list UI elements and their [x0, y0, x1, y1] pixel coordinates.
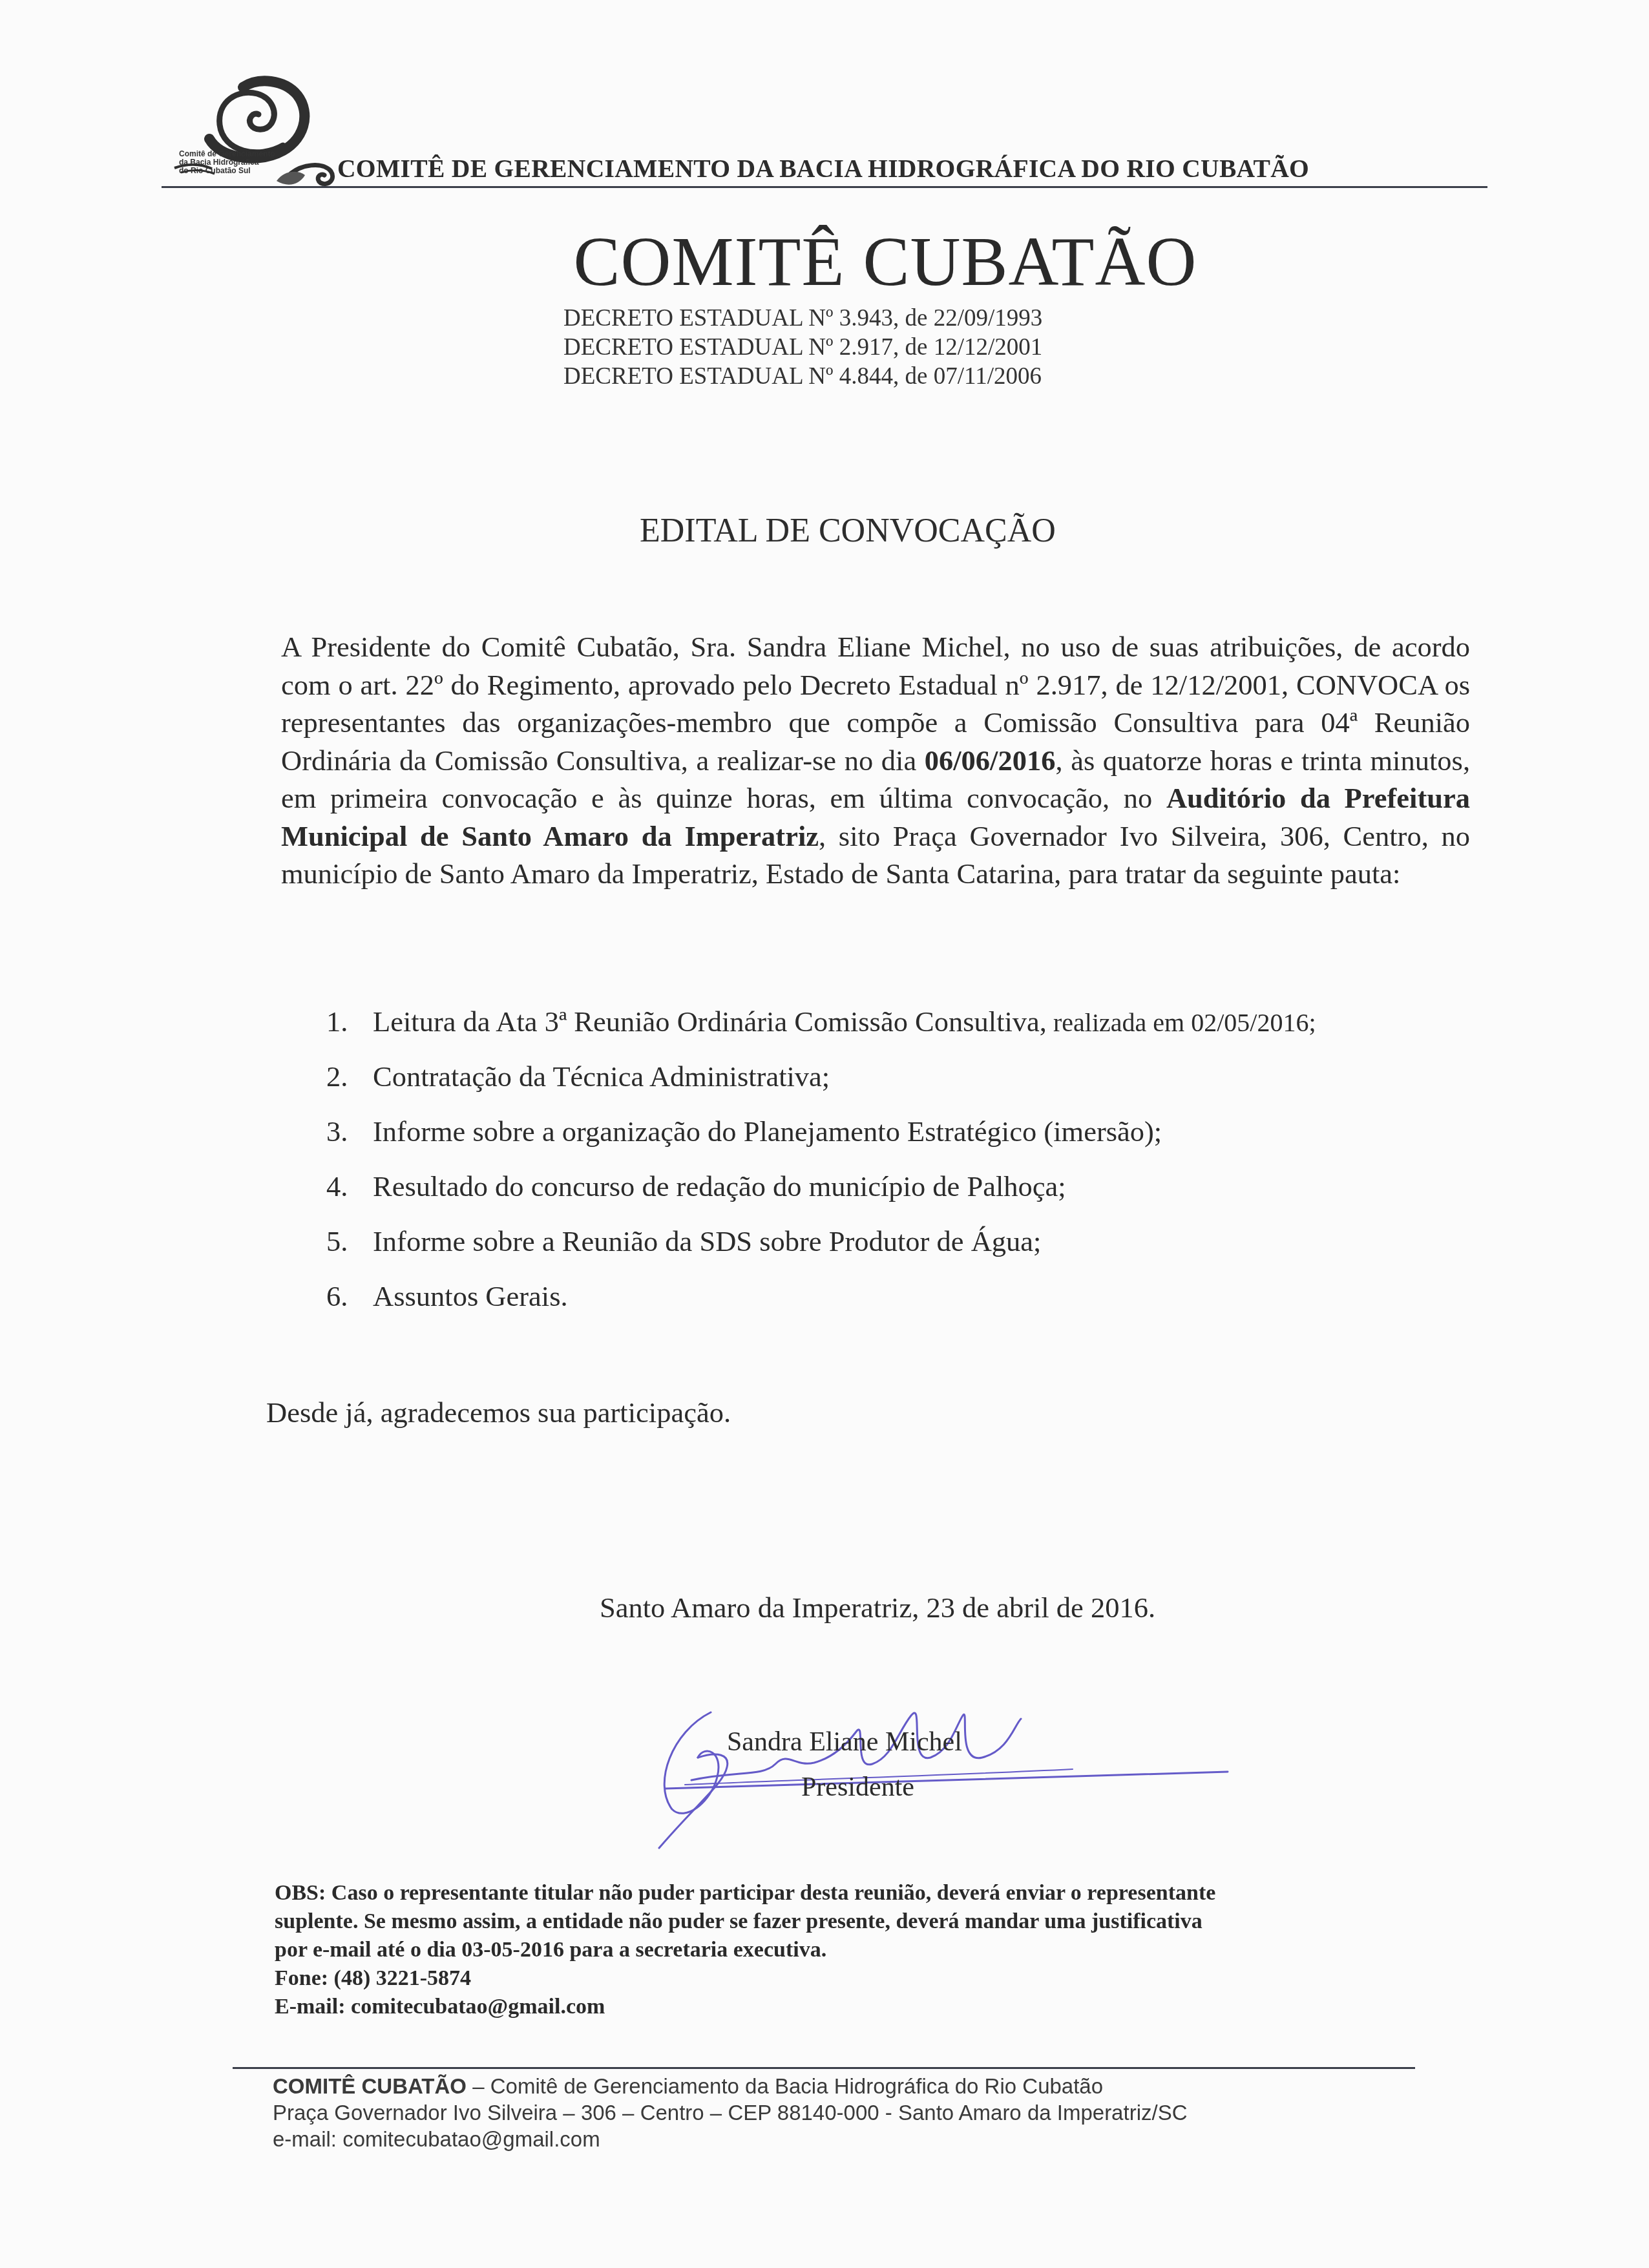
agenda-item: 5.Informe sobre a Reunião da SDS sobre P…	[326, 1224, 1041, 1258]
agenda-text: Informe sobre a Reunião da SDS sobre Pro…	[373, 1225, 1041, 1257]
agenda-text: Contratação da Técnica Administrativa;	[373, 1060, 830, 1093]
decree-list: DECRETO ESTADUAL Nº 3.943, de 22/09/1993…	[563, 304, 1042, 391]
obs-email: E-mail: comitecubatao@gmail.com	[275, 1993, 1464, 2021]
agenda-item: 2.Contratação da Técnica Administrativa;	[326, 1060, 830, 1093]
handwritten-signature-icon	[620, 1654, 1279, 1861]
footer: COMITÊ CUBATÃO – Comitê de Gerenciamento…	[273, 2073, 1187, 2152]
obs-line: por e-mail até o dia 03-05-2016 para a s…	[275, 1936, 1464, 1964]
place-and-date: Santo Amaro da Imperatriz, 23 de abril d…	[600, 1591, 1155, 1624]
agenda-text: Resultado do concurso de redação do muni…	[373, 1170, 1066, 1202]
document-heading: EDITAL DE CONVOCAÇÃO	[640, 512, 1056, 550]
meeting-date: 06/06/2016	[925, 744, 1056, 777]
agenda-item: 4.Resultado do concurso de redação do mu…	[326, 1170, 1066, 1203]
footer-org: COMITÊ CUBATÃO – Comitê de Gerenciamento…	[273, 2073, 1187, 2099]
obs-phone: Fone: (48) 3221-5874	[275, 1964, 1464, 1993]
agenda-number: 4.	[326, 1170, 373, 1203]
obs-line: suplente. Se mesmo assim, a entidade não…	[275, 1907, 1464, 1936]
agenda-text: Informe sobre a organização do Planejame…	[373, 1115, 1162, 1148]
decree-line: DECRETO ESTADUAL Nº 2.917, de 12/12/2001	[563, 333, 1042, 362]
signatory-role: Presidente	[801, 1772, 914, 1803]
observation-note: OBS: Caso o representante titular não pu…	[275, 1879, 1464, 2021]
agenda-item: 3.Informe sobre a organização do Planeja…	[326, 1115, 1162, 1148]
logo-caption-line: do Rio Cubatão Sul	[179, 167, 308, 175]
agenda-number: 6.	[326, 1279, 373, 1313]
closing-thanks: Desde já, agradecemos sua participação.	[266, 1396, 731, 1429]
footer-address: Praça Governador Ivo Silveira – 306 – Ce…	[273, 2099, 1187, 2126]
logo-caption: Comitê de Gerenciamento da Bacia Hidrogr…	[179, 150, 308, 175]
footer-org-name: COMITÊ CUBATÃO	[273, 2074, 467, 2098]
footer-divider	[233, 2067, 1415, 2069]
letterhead-organization: COMITÊ DE GERENCIAMENTO DA BACIA HIDROGR…	[337, 152, 1447, 184]
agenda-text: Assuntos Gerais.	[373, 1280, 568, 1312]
agenda-item: 6.Assuntos Gerais.	[326, 1279, 568, 1313]
agenda-item: 1.Leitura da Ata 3ª Reunião Ordinária Co…	[326, 1005, 1316, 1038]
agenda-text-tail: realizada em 02/05/2016;	[1047, 1008, 1316, 1037]
agenda-number: 1.	[326, 1005, 373, 1038]
convocation-paragraph: A Presidente do Comitê Cubatão, Sra. San…	[281, 628, 1470, 893]
page-title: COMITÊ CUBATÃO	[0, 227, 1649, 297]
agenda-text: Leitura da Ata 3ª Reunião Ordinária Comi…	[373, 1005, 1047, 1038]
footer-org-desc: – Comitê de Gerenciamento da Bacia Hidro…	[467, 2074, 1103, 2098]
signatory-name: Sandra Eliane Michel	[727, 1727, 962, 1758]
decree-line: DECRETO ESTADUAL Nº 4.844, de 07/11/2006	[563, 362, 1042, 391]
decree-line: DECRETO ESTADUAL Nº 3.943, de 22/09/1993	[563, 304, 1042, 333]
agenda-number: 5.	[326, 1224, 373, 1258]
letterhead-divider	[162, 186, 1487, 188]
agenda-number: 3.	[326, 1115, 373, 1148]
agenda-number: 2.	[326, 1060, 373, 1093]
footer-email: e-mail: comitecubatao@gmail.com	[273, 2126, 1187, 2152]
obs-line: OBS: Caso o representante titular não pu…	[275, 1879, 1464, 1907]
